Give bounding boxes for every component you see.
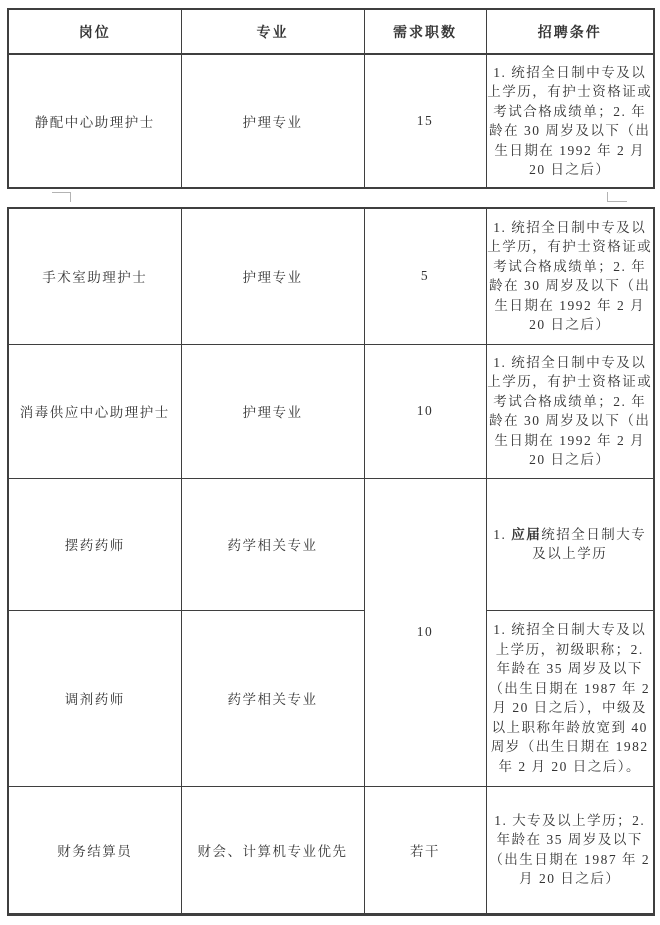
conditions-bold-text: 应届 <box>511 527 541 542</box>
cell-position: 调剂药师 <box>8 610 181 786</box>
recruitment-table-part-2: 手术室助理护士 护理专业 5 1. 统招全日制中专及以上学历，有护士资格证或考试… <box>7 207 655 916</box>
cell-conditions: 1. 大专及以上学历；2. 年龄在 35 周岁及以下（出生日期在 1987 年 … <box>486 786 654 914</box>
cell-position: 财务结算员 <box>8 786 181 914</box>
cell-position: 消毒供应中心助理护士 <box>8 344 181 478</box>
cell-conditions: 1. 统招全日制中专及以上学历，有护士资格证或考试合格成绩单；2. 年龄在 30… <box>486 208 654 344</box>
header-position: 岗位 <box>8 9 181 54</box>
cell-count: 若干 <box>364 786 486 914</box>
document-page: 岗位 专业 需求职数 招聘条件 静配中心助理护士 护理专业 15 1. 统招全日… <box>0 0 660 925</box>
cell-conditions: 1. 统招全日制中专及以上学历，有护士资格证或考试合格成绩单；2. 年龄在 30… <box>486 344 654 478</box>
table-row: 调剂药师 药学相关专业 1. 统招全日制大专及以上学历，初级职称；2. 年龄在 … <box>8 610 654 786</box>
recruitment-table-part-1: 岗位 专业 需求职数 招聘条件 静配中心助理护士 护理专业 15 1. 统招全日… <box>7 8 655 189</box>
table-row: 摆药药师 药学相关专业 10 1. 应届统招全日制大专及以上学历 <box>8 478 654 610</box>
cell-count: 15 <box>364 54 486 188</box>
table-header-row: 岗位 专业 需求职数 招聘条件 <box>8 9 654 54</box>
conditions-text: 统招全日制大专及以上学历 <box>532 527 646 562</box>
cell-count: 5 <box>364 208 486 344</box>
cell-major: 护理专业 <box>181 54 364 188</box>
cell-major: 药学相关专业 <box>181 478 364 610</box>
cell-major: 护理专业 <box>181 344 364 478</box>
cell-count: 10 <box>364 344 486 478</box>
cell-major: 财会、计算机专业优先 <box>181 786 364 914</box>
cell-count-merged: 10 <box>364 478 486 786</box>
header-conditions: 招聘条件 <box>486 9 654 54</box>
table-row: 手术室助理护士 护理专业 5 1. 统招全日制中专及以上学历，有护士资格证或考试… <box>8 208 654 344</box>
cell-major: 护理专业 <box>181 208 364 344</box>
table-row: 财务结算员 财会、计算机专业优先 若干 1. 大专及以上学历；2. 年龄在 35… <box>8 786 654 914</box>
cell-position: 静配中心助理护士 <box>8 54 181 188</box>
cell-position: 摆药药师 <box>8 478 181 610</box>
page-break-crop-mark-right <box>607 192 627 202</box>
cell-conditions: 1. 统招全日制大专及以上学历，初级职称；2. 年龄在 35 周岁及以下（出生日… <box>486 610 654 786</box>
table-row: 消毒供应中心助理护士 护理专业 10 1. 统招全日制中专及以上学历，有护士资格… <box>8 344 654 478</box>
page-break-crop-mark-left <box>52 192 71 202</box>
cell-conditions: 1. 统招全日制中专及以上学历，有护士资格证或考试合格成绩单；2. 年龄在 30… <box>486 54 654 188</box>
cell-position: 手术室助理护士 <box>8 208 181 344</box>
table-row: 静配中心助理护士 护理专业 15 1. 统招全日制中专及以上学历，有护士资格证或… <box>8 54 654 188</box>
cell-conditions: 1. 应届统招全日制大专及以上学历 <box>486 478 654 610</box>
header-count: 需求职数 <box>364 9 486 54</box>
conditions-text: 1. <box>493 527 511 542</box>
header-major: 专业 <box>181 9 364 54</box>
cell-major: 药学相关专业 <box>181 610 364 786</box>
